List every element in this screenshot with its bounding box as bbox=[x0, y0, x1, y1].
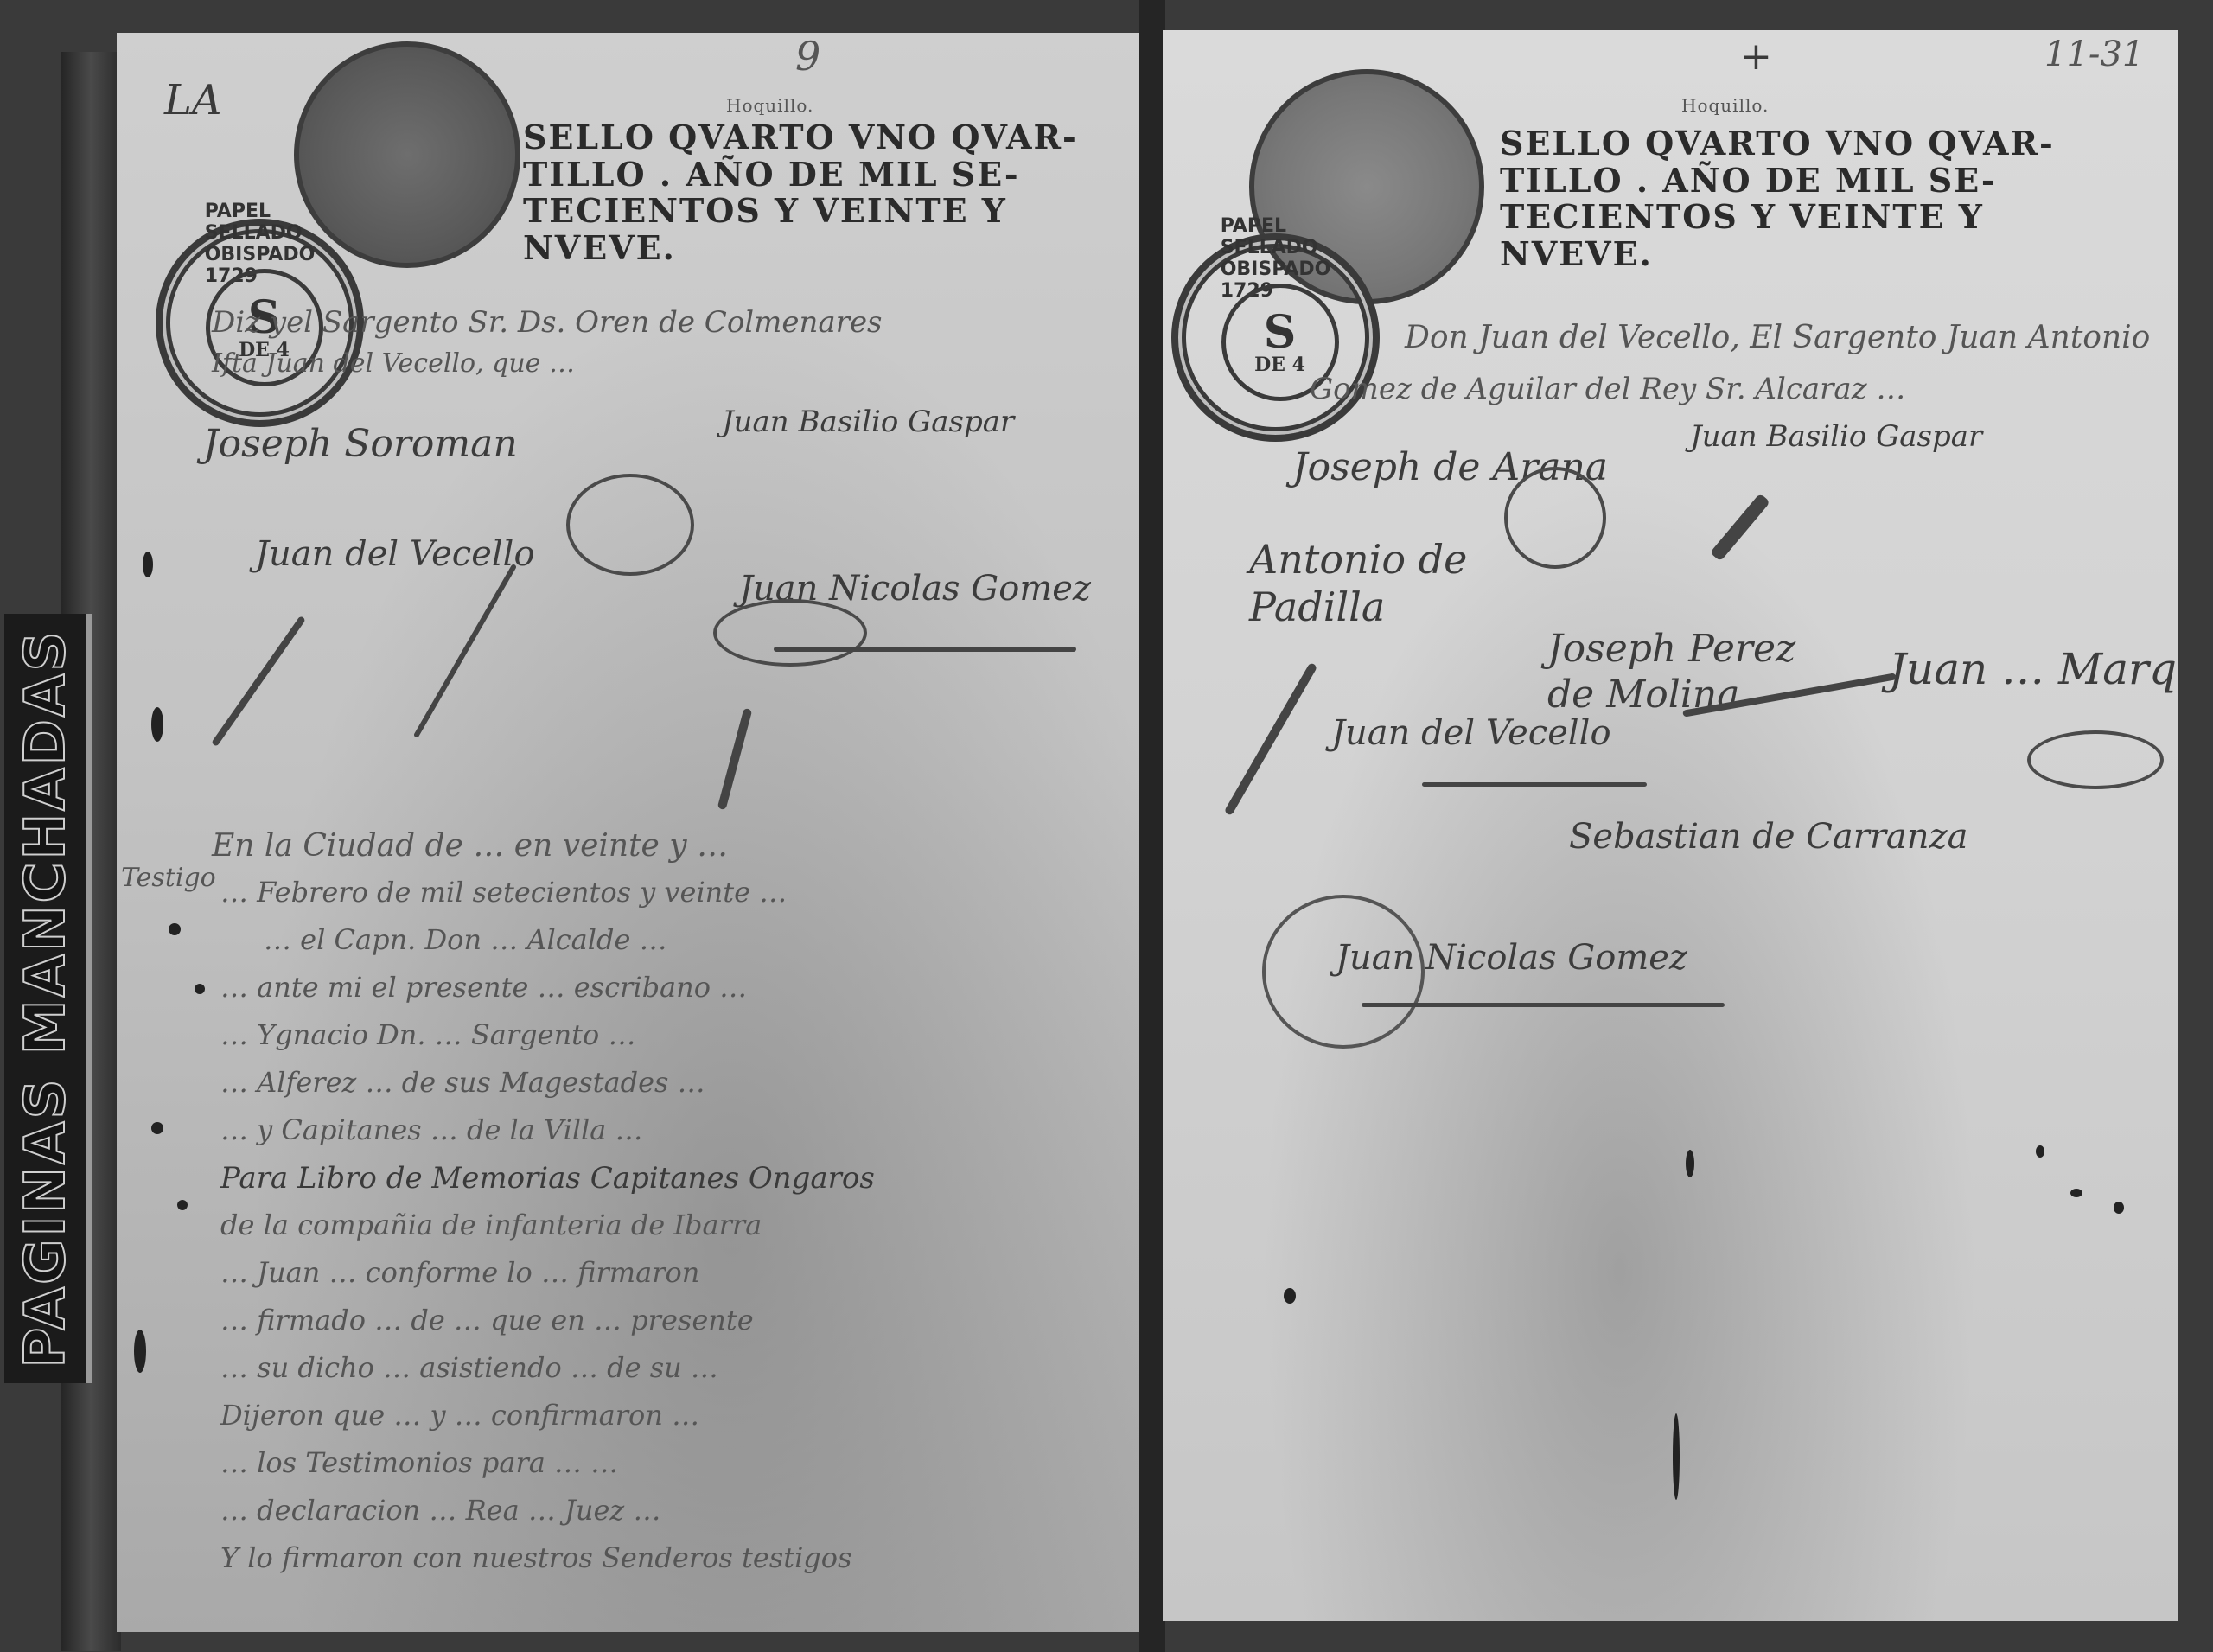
body-line: … Juan … conforme lo … firmaron bbox=[220, 1256, 699, 1289]
folio-number: 11-31 bbox=[2044, 35, 2144, 74]
margin-note: LA bbox=[164, 76, 222, 124]
pen-stroke bbox=[1224, 662, 1318, 816]
right-page: + 11-31 Hoquillo. PAPEL SELLADO OBISPADO… bbox=[1163, 30, 2178, 1621]
stamped-heading-line: TECIENTOS Y VEINTE Y bbox=[523, 193, 1078, 230]
stamped-heading-line: TECIENTOS Y VEINTE Y bbox=[1500, 199, 2055, 236]
ink-blot bbox=[2036, 1145, 2044, 1158]
body-line: … su dicho … asistiendo … de su … bbox=[220, 1351, 718, 1384]
stamped-heading-line: SELLO QVARTO VNO QVAR- bbox=[1500, 125, 2055, 163]
body-line: … declaracion … Rea … Juez … bbox=[220, 1494, 660, 1527]
body-line: Dijeron que … y … confirmaron … bbox=[220, 1399, 699, 1432]
signature: Juan del Vecello bbox=[1331, 713, 1611, 753]
signature-rubric bbox=[2027, 730, 2164, 789]
ink-blot bbox=[177, 1200, 188, 1210]
tax-stamp-seal: PAPEL SELLADO OBISPADO 1729 S DE 4 bbox=[1171, 233, 1380, 442]
signature-underline bbox=[1362, 1003, 1725, 1007]
stained-pages-label: PAGINAS MANCHADAS bbox=[14, 629, 78, 1368]
body-line: Para Libro de Memorias Capitanes Ongaros bbox=[220, 1161, 875, 1196]
handwritten-line: Diz yel Sargento Sr. Ds. Oren de Colmena… bbox=[212, 305, 883, 340]
handwritten-line: Don Juan del Vecello, El Sargento Juan A… bbox=[1405, 320, 2150, 355]
ink-blot bbox=[134, 1330, 146, 1373]
body-line: … firmado … de … que en … presente bbox=[220, 1304, 754, 1336]
ink-blot bbox=[143, 552, 153, 577]
body-line: … y Capitanes … de la Villa … bbox=[220, 1113, 643, 1146]
ink-blot bbox=[1673, 1413, 1680, 1500]
pen-stroke bbox=[211, 616, 306, 747]
signature-rubric bbox=[1504, 467, 1606, 569]
pen-stroke bbox=[717, 708, 753, 810]
stamped-heading: SELLO QVARTO VNO QVAR- TILLO . AÑO DE MI… bbox=[1500, 125, 2055, 272]
ink-blot bbox=[1686, 1150, 1694, 1177]
signature: Sebastian de Carranza bbox=[1569, 817, 1967, 857]
margin-annotation: Testigo bbox=[121, 863, 216, 893]
body-line: … ante mi el presente … escribano … bbox=[220, 971, 747, 1004]
signature: Juan … Marquez bbox=[1889, 644, 2178, 694]
handwritten-line: Gomez de Aguilar del Rey Sr. Alcaraz … bbox=[1310, 372, 1905, 406]
body-line: … el Capn. Don … Alcalde … bbox=[264, 923, 667, 956]
pen-stroke bbox=[1710, 493, 1770, 561]
ink-blot bbox=[2114, 1202, 2124, 1214]
ink-blot bbox=[195, 984, 205, 994]
ink-blot bbox=[169, 923, 181, 935]
handwritten-line: Ifta Juan del Vecello, que … bbox=[212, 348, 575, 379]
ink-blot bbox=[1284, 1288, 1296, 1304]
ink-blot bbox=[151, 1122, 163, 1134]
signature: Joseph Perez de Molina bbox=[1547, 627, 1824, 718]
stamped-heading-line: NVEVE. bbox=[523, 230, 1078, 267]
body-line: de la compañia de infanteria de Ibarra bbox=[220, 1209, 762, 1241]
stamped-heading-line: TILLO . AÑO DE MIL SE- bbox=[1500, 163, 2055, 200]
ink-blot bbox=[151, 707, 163, 742]
signature: Joseph Soroman bbox=[203, 422, 518, 466]
signature-underline bbox=[774, 647, 1076, 652]
stamped-heading-line: SELLO QVARTO VNO QVAR- bbox=[523, 119, 1078, 156]
signature: Antonio de Padilla bbox=[1249, 536, 1508, 631]
left-page: LA 9 Hoquillo. PAPEL SELLADO OBISPADO 17… bbox=[117, 33, 1141, 1632]
signature-rubric bbox=[713, 599, 867, 667]
body-line: En la Ciudad de … en veinte y … bbox=[212, 828, 728, 864]
ink-blot bbox=[2070, 1189, 2082, 1197]
body-line: … los Testimonios para … … bbox=[220, 1446, 618, 1479]
stamped-heading: SELLO QVARTO VNO QVAR- TILLO . AÑO DE MI… bbox=[523, 119, 1078, 266]
pen-stroke bbox=[413, 564, 517, 738]
signature-rubric bbox=[566, 474, 694, 576]
signature: Juan Basilio Gaspar bbox=[1690, 419, 1982, 454]
top-mark: + bbox=[1740, 35, 1772, 79]
body-line: Y lo firmaron con nuestros Senderos test… bbox=[220, 1541, 851, 1574]
small-heading: Hoquillo. bbox=[726, 95, 813, 116]
stained-pages-tab: PAGINAS MANCHADAS bbox=[4, 614, 92, 1383]
signature: Juan del Vecello bbox=[255, 534, 535, 574]
stamped-heading-line: TILLO . AÑO DE MIL SE- bbox=[523, 156, 1078, 194]
signature-underline bbox=[1422, 782, 1647, 787]
body-line: … Ygnacio Dn. … Sargento … bbox=[220, 1018, 635, 1051]
stamped-heading-line: NVEVE. bbox=[1500, 236, 2055, 273]
signature: Juan Basilio Gaspar bbox=[722, 405, 1014, 439]
top-mark: 9 bbox=[795, 33, 820, 80]
page-gutter bbox=[1139, 0, 1165, 1652]
body-line: … Alferez … de sus Magestades … bbox=[220, 1066, 705, 1099]
signature-rubric bbox=[1262, 895, 1425, 1049]
body-line: … Febrero de mil setecientos y veinte … bbox=[220, 876, 787, 909]
small-heading: Hoquillo. bbox=[1681, 95, 1769, 116]
